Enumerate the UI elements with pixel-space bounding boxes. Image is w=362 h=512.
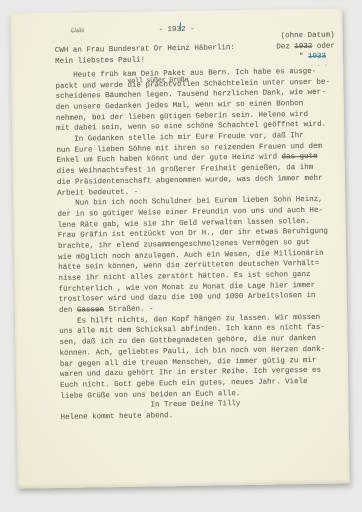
text-segment: Euch nicht. Gott gebe Euch ein gutes, ne… [60, 378, 308, 390]
blue-correction-mark-icon: | [178, 21, 184, 31]
letter-body: CWH an Frau Bundesrat Dr Heinz Häberlin:… [55, 41, 347, 423]
text-segment: Straßen. - [104, 306, 154, 315]
text-segment: In Treue Deine Tilly [60, 400, 240, 411]
struck-text: Gassen [77, 306, 104, 314]
page-number-prefix: - 19 [158, 26, 176, 34]
text-segment: den [59, 307, 77, 315]
text-segment: CWH an Frau Bundesrat Dr Heinz Häberlin: [55, 44, 235, 55]
text-segment: Helene kommt heute abend. [61, 412, 174, 422]
text-segment: packt und werde [55, 81, 127, 90]
text-segment: (ohne Datum) [281, 32, 335, 41]
text-segment: Mein liebstes Pauli! [55, 56, 145, 65]
letter-paper: CWH - 193|2 - (ohne Datum)Dez 1932 oder"… [10, 8, 349, 488]
letter-line: (ohne Datum) [276, 31, 335, 43]
page-number-marked-digit: 3| [176, 26, 181, 34]
text-segment: Arbeit bedeutet. - [57, 188, 138, 197]
text-segment: trostloser wird und dazu die 100 und 100… [59, 292, 316, 304]
struck-text: das gute [282, 153, 318, 162]
